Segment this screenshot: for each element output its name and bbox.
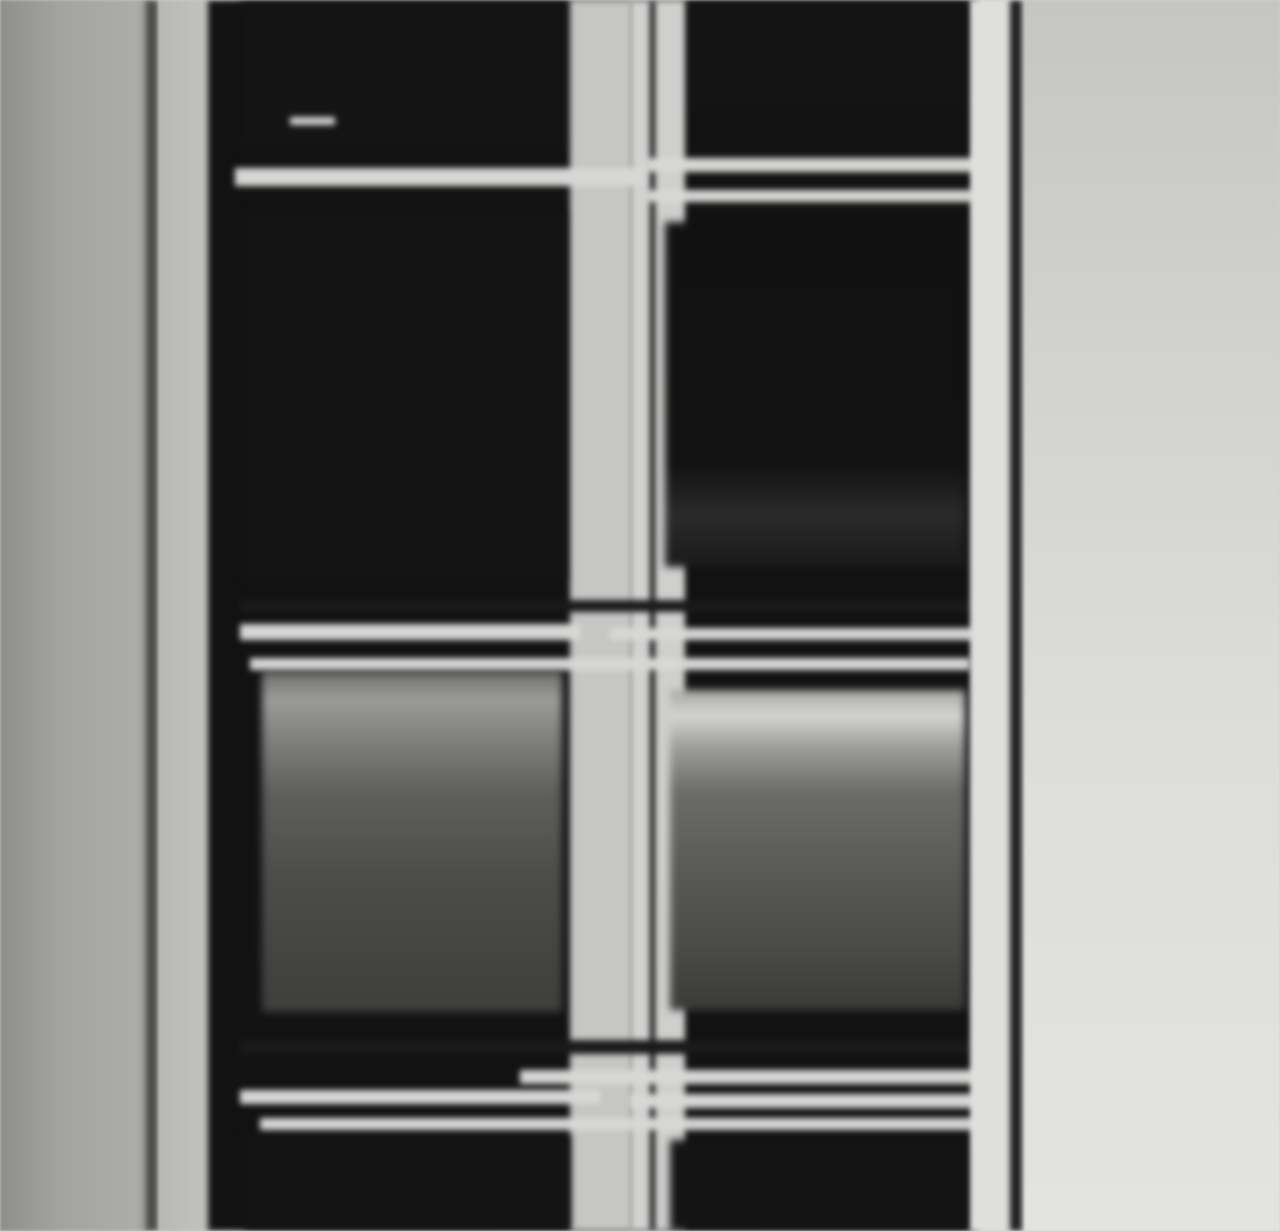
rail-3c: [630, 1094, 980, 1108]
rail-3d: [260, 1118, 980, 1130]
rail-1b: [645, 158, 980, 172]
rail-2: [240, 624, 580, 640]
pane-top-left: [240, 0, 570, 150]
right-frame-shadow: [1010, 0, 1022, 1231]
rail-2c: [250, 658, 970, 670]
pane-row3-left: [262, 672, 562, 1012]
window-painting: [0, 0, 1280, 1231]
pane-bottom-right: [670, 1140, 970, 1231]
left-frame-shadow: [146, 0, 158, 1231]
rail-3-shadow: [240, 1040, 980, 1054]
rail-1c: [645, 190, 975, 202]
pane-bottom-left: [245, 1135, 570, 1231]
pane-row2-left: [245, 210, 565, 580]
rail-1-glint: [290, 117, 335, 125]
rail-1: [235, 168, 645, 186]
pane-top-right: [685, 0, 970, 110]
rail-3b: [240, 1090, 600, 1104]
rail-3: [520, 1070, 980, 1084]
right-wall: [1024, 0, 1280, 1231]
pane-row2-right: [665, 222, 965, 567]
rail-2-shadow: [240, 600, 980, 612]
left-frame: [158, 0, 210, 1231]
pane-row3-right: [670, 690, 965, 1010]
left-wall: [0, 0, 150, 1231]
rail-2b: [610, 628, 975, 640]
right-frame: [970, 0, 1012, 1231]
